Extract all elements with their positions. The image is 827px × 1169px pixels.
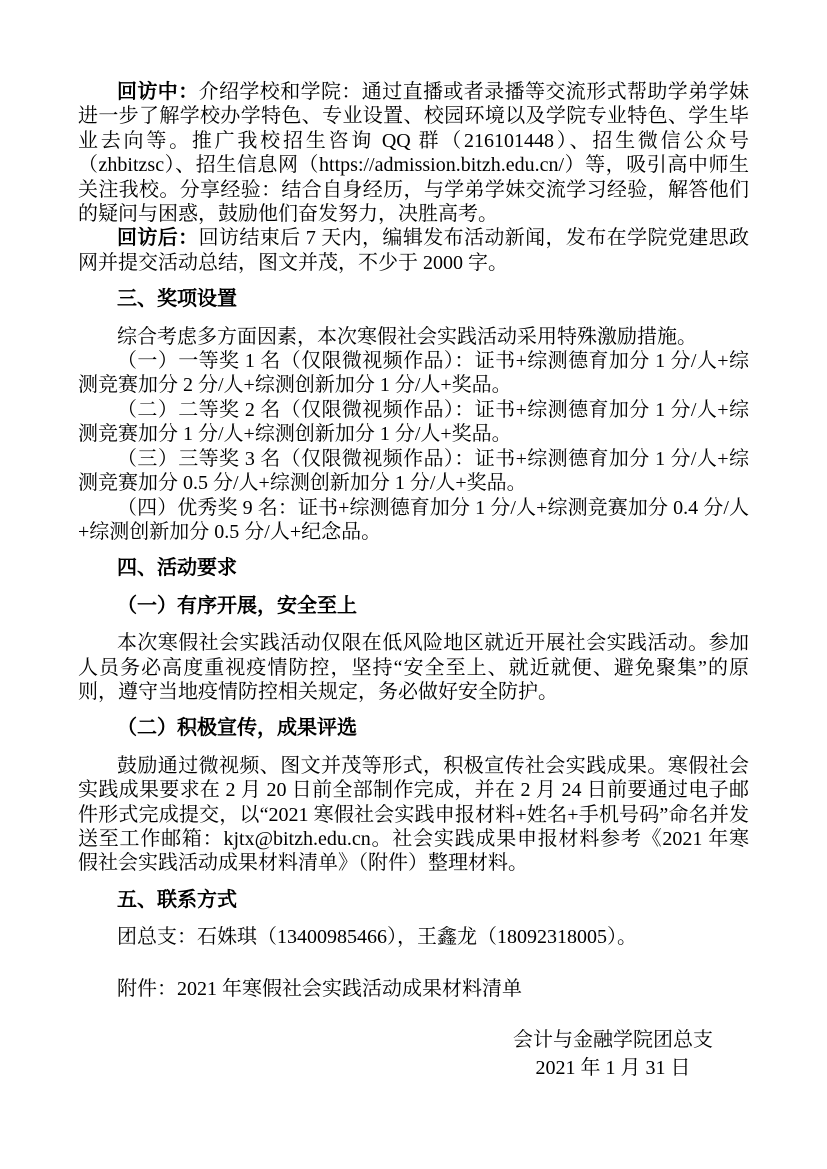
paragraph-first-prize: （一）一等奖 1 名（仅限微视频作品）：证书+综测德育加分 1 分/人+综测竞赛… (78, 349, 749, 398)
signature-date: 2021 年 1 月 31 日 (513, 1054, 713, 1082)
paragraph-attachment: 附件：2021 年寒假社会实践活动成果材料清单 (78, 977, 749, 1001)
heading-contact: 五、联系方式 (78, 888, 749, 912)
paragraph-submission: 鼓励通过微视频、图文并茂等形式，积极宣传社会实践成果。寒假社会实践成果要求在 2… (78, 754, 749, 876)
paragraph-safety: 本次寒假社会实践活动仅限在低风险地区就近开展社会实践活动。参加人员务必高度重视疫… (78, 631, 749, 704)
paragraph-awards-intro: 综合考虑多方面因素，本次寒假社会实践活动采用特殊激励措施。 (78, 325, 749, 349)
paragraph-visit-during: 回访中：介绍学校和学院：通过直播或者录播等交流形式帮助学弟学妹进一步了解学校办学… (78, 80, 749, 226)
subheading-publicity-evaluation: （二）积极宣传，成果评选 (78, 716, 749, 740)
paragraph-third-prize: （三）三等奖 3 名（仅限微视频作品）：证书+综测德育加分 1 分/人+综测竞赛… (78, 447, 749, 496)
paragraph-excellence-prize: （四）优秀奖 9 名：证书+综测德育加分 1 分/人+综测竞赛加分 0.4 分/… (78, 496, 749, 545)
paragraph-visit-during-lead: 回访中： (117, 81, 199, 103)
signature-block: 会计与金融学院团总支 2021 年 1 月 31 日 (78, 1026, 749, 1082)
subheading-orderly-safety: （一）有序开展，安全至上 (78, 594, 749, 618)
paragraph-visit-after-lead: 回访后： (117, 227, 199, 249)
paragraph-contact: 团总支：石姝琪（13400985466），王鑫龙（18092318005）。 (78, 925, 749, 949)
paragraph-visit-after: 回访后：回访结束后 7 天内，编辑发布活动新闻，发布在学院党建思政网并提交活动总… (78, 226, 749, 275)
signature-inner: 会计与金融学院团总支 2021 年 1 月 31 日 (513, 1026, 713, 1082)
paragraph-second-prize: （二）二等奖 2 名（仅限微视频作品）：证书+综测德育加分 1 分/人+综测竞赛… (78, 398, 749, 447)
signature-org: 会计与金融学院团总支 (513, 1026, 713, 1054)
heading-awards: 三、奖项设置 (78, 287, 749, 311)
document-page: 回访中：介绍学校和学院：通过直播或者录播等交流形式帮助学弟学妹进一步了解学校办学… (0, 0, 827, 1169)
heading-requirements: 四、活动要求 (78, 556, 749, 580)
